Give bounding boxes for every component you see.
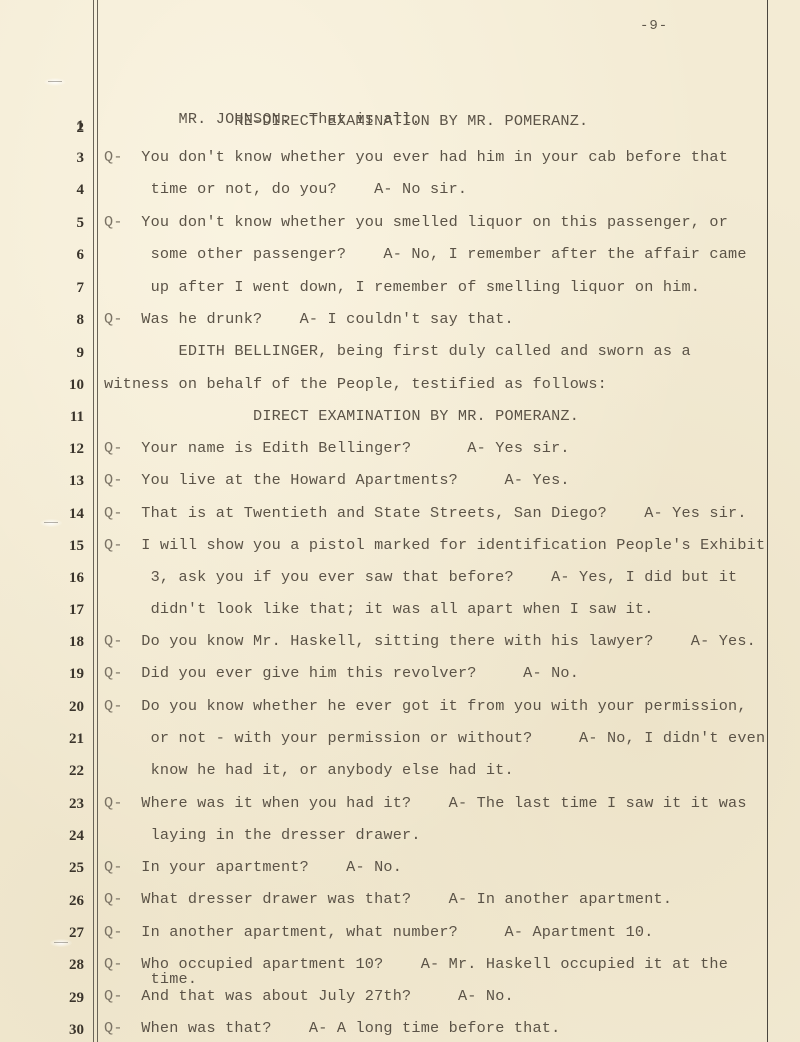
line-text: DIRECT EXAMINATION BY MR. POMERANZ. <box>104 407 579 425</box>
line-number: 25 <box>60 860 84 877</box>
line-number: 14 <box>60 506 84 523</box>
line-text: Do you know Mr. Haskell, sitting there w… <box>123 632 756 650</box>
line-number: 18 <box>60 634 84 651</box>
question-marker: Q- <box>104 697 123 715</box>
line-number: 13 <box>60 473 84 490</box>
line-number: 2 <box>60 120 84 137</box>
question-marker: Q- <box>104 439 123 457</box>
page-number: -9- <box>640 18 668 34</box>
question-marker: Q- <box>104 794 123 812</box>
line-number: 16 <box>60 570 84 587</box>
transcript-qa-line: Q- In your apartment? A- No. <box>104 858 402 876</box>
line-text: didn't look like that; it was all apart … <box>104 600 654 618</box>
line-number: 19 <box>60 666 84 683</box>
question-marker: Q- <box>104 923 123 941</box>
line-text: up after I went down, I remember of smel… <box>104 278 700 296</box>
line-text: Did you ever give him this revolver? A- … <box>123 664 579 682</box>
question-marker: Q- <box>104 213 123 231</box>
transcript-qa-line: Q- In another apartment, what number? A-… <box>104 923 654 941</box>
line-text: Your name is Edith Bellinger? A- Yes sir… <box>123 439 570 457</box>
line-number: 24 <box>60 828 84 845</box>
transcript-line: up after I went down, I remember of smel… <box>104 278 700 296</box>
question-marker: Q- <box>104 632 123 650</box>
line-text: EDITH BELLINGER, being first duly called… <box>104 342 691 360</box>
transcript-line: time. <box>104 970 197 988</box>
transcript-qa-line: Q- Who occupied apartment 10? A- Mr. Has… <box>104 955 728 973</box>
line-text: You don't know whether you ever had him … <box>123 148 728 166</box>
line-text: know he had it, or anybody else had it. <box>104 761 514 779</box>
line-number: 21 <box>60 731 84 748</box>
line-text: In another apartment, what number? A- Ap… <box>123 923 654 941</box>
line-number: 29 <box>60 990 84 1007</box>
line-number: 22 <box>60 763 84 780</box>
line-text: time or not, do you? A- No sir. <box>104 180 467 198</box>
line-text: RE-DIRECT EXAMINATION BY MR. POMERANZ. <box>104 112 588 130</box>
line-text: time. <box>104 970 197 988</box>
line-number: 12 <box>60 441 84 458</box>
line-number: 17 <box>60 602 84 619</box>
line-number: 28 <box>60 957 84 974</box>
line-number: 4 <box>60 182 84 199</box>
transcript-qa-line: Q- Did you ever give him this revolver? … <box>104 664 579 682</box>
question-marker: Q- <box>104 148 123 166</box>
transcript-qa-line: Q- You don't know whether you smelled li… <box>104 213 728 231</box>
transcript-line: DIRECT EXAMINATION BY MR. POMERANZ. <box>104 407 579 425</box>
line-text: In your apartment? A- No. <box>123 858 402 876</box>
line-text: Do you know whether he ever got it from … <box>123 697 747 715</box>
line-number: 3 <box>60 150 84 167</box>
transcript-line: witness on behalf of the People, testifi… <box>104 375 607 393</box>
line-text: And that was about July 27th? A- No. <box>123 987 514 1005</box>
transcript-line: laying in the dresser drawer. <box>104 826 421 844</box>
transcript-line: didn't look like that; it was all apart … <box>104 600 654 618</box>
transcript-line: time or not, do you? A- No sir. <box>104 180 467 198</box>
line-number: 27 <box>60 925 84 942</box>
transcript-line: 3, ask you if you ever saw that before? … <box>104 568 737 586</box>
line-number: 23 <box>60 796 84 813</box>
question-marker: Q- <box>104 987 123 1005</box>
line-text: laying in the dresser drawer. <box>104 826 421 844</box>
transcript-qa-line: Q- Do you know whether he ever got it fr… <box>104 697 747 715</box>
line-number: 9 <box>60 345 84 362</box>
line-number: 5 <box>60 215 84 232</box>
line-number: 11 <box>60 409 84 426</box>
left-margin-rule-inner <box>97 0 98 1042</box>
line-number: 6 <box>60 247 84 264</box>
left-margin-rule-outer <box>93 0 94 1042</box>
transcript-line: EDITH BELLINGER, being first duly called… <box>104 342 691 360</box>
transcript-qa-line: Q- And that was about July 27th? A- No. <box>104 987 514 1005</box>
paper-crease-mark <box>40 519 62 527</box>
line-text: witness on behalf of the People, testifi… <box>104 375 607 393</box>
line-text: When was that? A- A long time before tha… <box>123 1019 561 1037</box>
transcript-line: RE-DIRECT EXAMINATION BY MR. POMERANZ. <box>104 112 588 130</box>
line-number: 10 <box>60 377 84 394</box>
line-text: 3, ask you if you ever saw that before? … <box>104 568 737 586</box>
line-number: 20 <box>60 699 84 716</box>
line-text: Who occupied apartment 10? A- Mr. Haskel… <box>123 955 728 973</box>
question-marker: Q- <box>104 664 123 682</box>
question-marker: Q- <box>104 504 123 522</box>
question-marker: Q- <box>104 471 123 489</box>
line-number: 15 <box>60 538 84 555</box>
line-text: Where was it when you had it? A- The las… <box>123 794 747 812</box>
transcript-qa-line: Q- Do you know Mr. Haskell, sitting ther… <box>104 632 756 650</box>
question-marker: Q- <box>104 536 123 554</box>
line-text: That is at Twentieth and State Streets, … <box>123 504 747 522</box>
question-marker: Q- <box>104 890 123 908</box>
line-number: 8 <box>60 312 84 329</box>
line-text: Was he drunk? A- I couldn't say that. <box>123 310 514 328</box>
transcript-qa-line: Q- What dresser drawer was that? A- In a… <box>104 890 672 908</box>
question-marker: Q- <box>104 1019 123 1037</box>
transcript-line: know he had it, or anybody else had it. <box>104 761 514 779</box>
transcript-qa-line: Q- You live at the Howard Apartments? A-… <box>104 471 570 489</box>
line-number: 26 <box>60 893 84 910</box>
transcript-qa-line: Q- You don't know whether you ever had h… <box>104 148 728 166</box>
line-text: or not - with your permission or without… <box>104 729 765 747</box>
transcript-qa-line: Q- Was he drunk? A- I couldn't say that. <box>104 310 514 328</box>
line-number: 30 <box>60 1022 84 1039</box>
transcript-line: some other passenger? A- No, I remember … <box>104 245 747 263</box>
transcript-line: or not - with your permission or without… <box>104 729 765 747</box>
question-marker: Q- <box>104 310 123 328</box>
question-marker: Q- <box>104 858 123 876</box>
transcript-qa-line: Q- Your name is Edith Bellinger? A- Yes … <box>104 439 570 457</box>
line-text: some other passenger? A- No, I remember … <box>104 245 747 263</box>
transcript-qa-line: Q- When was that? A- A long time before … <box>104 1019 560 1037</box>
line-text: What dresser drawer was that? A- In anot… <box>123 890 673 908</box>
transcript-qa-line: Q- I will show you a pistol marked for i… <box>104 536 765 554</box>
line-text: I will show you a pistol marked for iden… <box>123 536 766 554</box>
transcript-qa-line: Q- That is at Twentieth and State Street… <box>104 504 747 522</box>
right-margin-rule <box>767 0 768 1042</box>
transcript-qa-line: Q- Where was it when you had it? A- The … <box>104 794 747 812</box>
line-text: You live at the Howard Apartments? A- Ye… <box>123 471 570 489</box>
paper-crease-mark <box>44 78 66 86</box>
line-number: 7 <box>60 280 84 297</box>
line-text: You don't know whether you smelled liquo… <box>123 213 728 231</box>
